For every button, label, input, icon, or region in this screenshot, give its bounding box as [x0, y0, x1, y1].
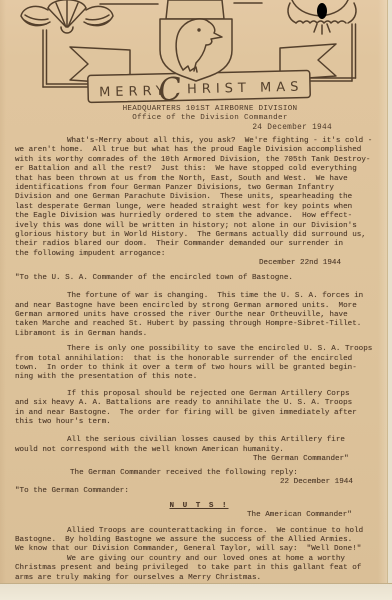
letter-line: town. In order to think it over a term o… [15, 364, 383, 373]
letter-line: arms are truly making for ourselves a Me… [15, 574, 383, 583]
paragraph-2: The fortune of war is changing. This tim… [15, 292, 383, 339]
paragraph-5: All the serious civilian losses caused b… [15, 436, 383, 455]
letter-line: Allied Troops are counterattacking in fo… [15, 527, 383, 536]
letter-line: Libramont is in German hands. [15, 330, 383, 339]
german-salutation: "To the U. S. A. Commander of the encirc… [15, 274, 383, 283]
letter-line: We know that our Division Commander, Gen… [15, 545, 383, 554]
reply-intro: The German Commander received the follow… [15, 469, 383, 478]
letter-line: last desperate German lunge, were headed… [15, 203, 383, 212]
german-letter-date: December 22nd 1944 [15, 259, 383, 268]
letter-date: 24 December 1944 [28, 124, 392, 133]
nuts-reply: N U T S ! [15, 502, 383, 511]
letter-line: taken Marche and reached St. Hubert by p… [15, 320, 383, 329]
letter-line: We are giving our country and our loved … [15, 555, 383, 564]
paragraph-4: If this proposal should be rejected one … [15, 390, 383, 428]
letter-line: er Battalion and all the rest? Just this… [15, 165, 383, 174]
letter-line: The fortune of war is changing. This tim… [15, 292, 383, 301]
letter-line: Division and one German Parachute Divisi… [15, 193, 383, 202]
banner-text-hristmas: HRIST MAS [187, 80, 304, 98]
letter-line: in and near Bastogne. The order for firi… [15, 409, 383, 418]
letter-line: What's-Merry about all this, you ask? We… [15, 137, 383, 146]
letter-line: the following impudent arrogance: [15, 250, 383, 259]
hq-line-1: HEADQUARTERS 101ST AIRBORNE DIVISION [28, 105, 392, 114]
letter-line: German armored units have crossed the ri… [15, 311, 383, 320]
scan-edge-bottom [0, 583, 392, 600]
german-commander-signoff: The German Commander" [15, 455, 383, 464]
hq-line-2: Office of the Division Commander [28, 114, 392, 123]
letterhead: HEADQUARTERS 101ST AIRBORNE DIVISION Off… [0, 105, 392, 132]
reply-salutation: "To the German Commander: [15, 487, 383, 496]
letter-line: with its worthy comrades of the 10th Arm… [15, 156, 383, 165]
letter-line: All the serious civilian losses caused b… [15, 436, 383, 445]
letter-line: we aren't home. All true but what has th… [15, 146, 383, 155]
letter-line: If this proposal should be rejected one … [15, 390, 383, 399]
letter-line: would not correspond with the well known… [15, 446, 383, 455]
letter-line: and near Bastogne have been encircled by… [15, 302, 383, 311]
american-commander-signoff: The American Commander" [15, 511, 383, 520]
reply-date: 22 December 1944 [15, 478, 383, 487]
parachutist-badge-icon [21, 0, 113, 33]
letter-line: ning with the presentation of this note. [15, 373, 383, 382]
letter-line: their radios blared our doom. Their Comm… [15, 240, 383, 249]
christmas-letter-document: MERRY HRIST MAS C HEADQUARTERS 101ST AIR… [0, 0, 392, 600]
letter-line: this two hour's term. [15, 418, 383, 427]
letter-line: There is only one possibility to save th… [15, 345, 383, 354]
paragraph-3: There is only one possibility to save th… [15, 345, 383, 383]
letter-line: and six heavy A. A. Battalions are ready… [15, 399, 383, 408]
letter-body: What's-Merry about all this, you ask? We… [15, 137, 383, 583]
eagle-badge-icon [288, 0, 356, 34]
letter-line: that has been thrown at us from the Nort… [15, 175, 383, 184]
letter-line: from total annihilation: that is the hon… [15, 355, 383, 364]
letter-line: ively this was done will be written in h… [15, 222, 383, 231]
letter-line: Christmas present and being privileged t… [15, 564, 383, 573]
paragraph-1: What's-Merry about all this, you ask? We… [15, 137, 383, 259]
eagle-shield-icon [160, 0, 232, 81]
paragraph-6: Allied Troops are counterattacking in fo… [15, 527, 383, 583]
scan-edge-right [387, 0, 392, 600]
letter-line: the Eagle Division was hurriedly ordered… [15, 212, 383, 221]
